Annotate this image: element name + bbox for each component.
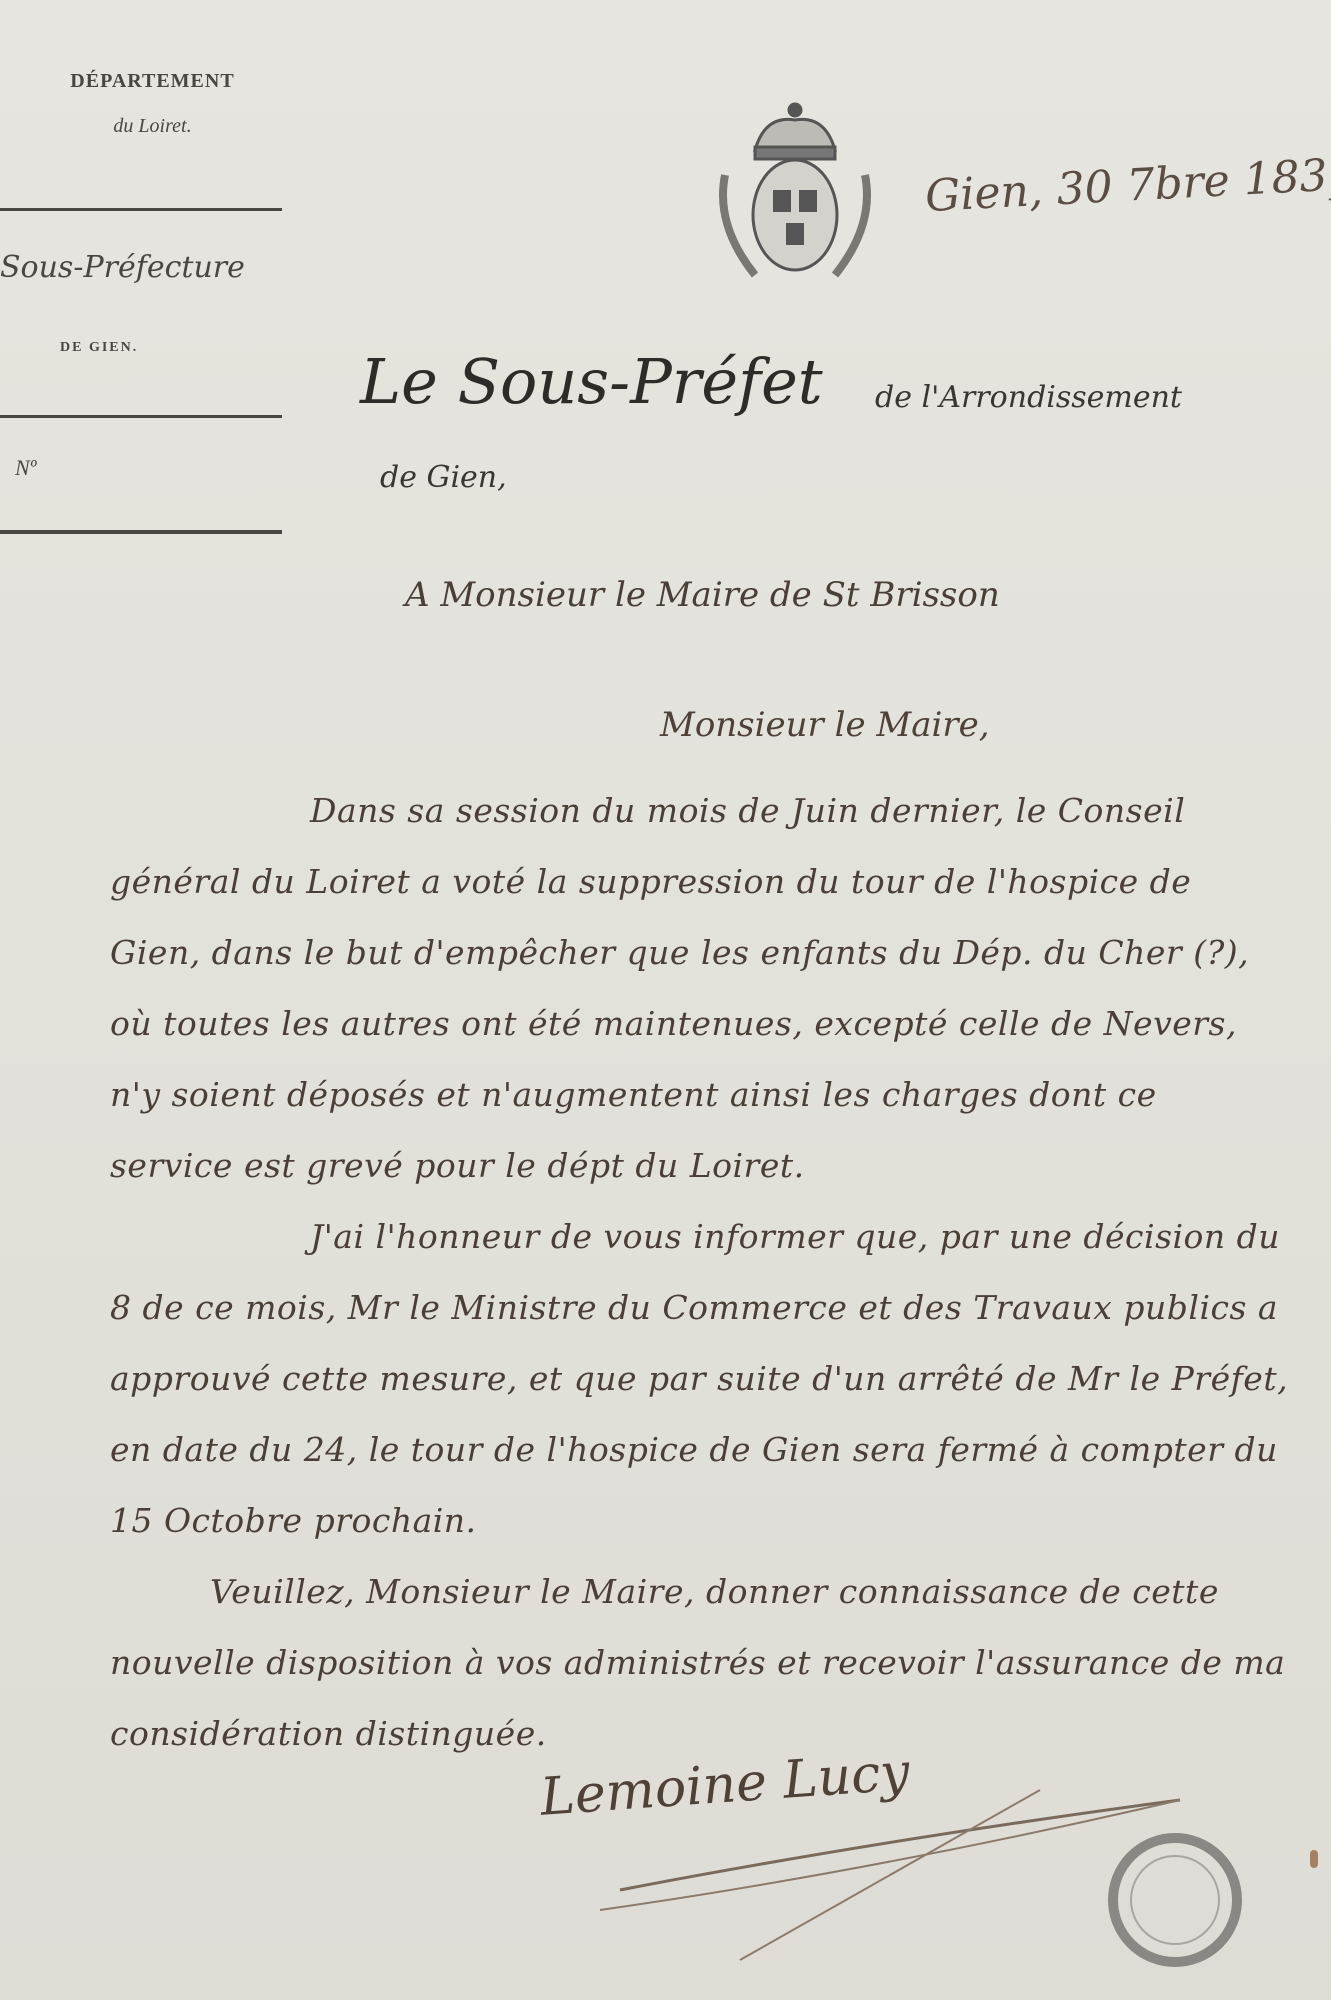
- salutation: Monsieur le Maire,: [660, 705, 990, 745]
- date-line: Gien, 30 7bre 183_: [924, 149, 1331, 222]
- letterhead-block: DÉPARTEMENT du Loiret.: [0, 70, 285, 138]
- department-label: DÉPARTEMENT: [20, 70, 285, 93]
- number-label: Nº: [15, 455, 37, 481]
- paragraph: Dans sa session du mois de Juin dernier,…: [110, 775, 1290, 1201]
- paragraph: Veuillez, Monsieur le Maire, donner conn…: [110, 1556, 1290, 1769]
- divider: [0, 530, 282, 534]
- letter-title: Le Sous-Préfet: [360, 345, 823, 418]
- letter-title-rest: de l'Arrondissement: [875, 380, 1182, 415]
- divider: [0, 208, 282, 211]
- department-name: du Loiret.: [20, 115, 285, 138]
- letter-body: Dans sa session du mois de Juin dernier,…: [110, 775, 1290, 1769]
- paragraph: J'ai l'honneur de vous informer que, par…: [110, 1201, 1290, 1556]
- archive-stamp-icon: [1100, 1825, 1250, 1975]
- letter-title-line2: de Gien,: [380, 460, 507, 495]
- office-location: DE GIEN.: [60, 340, 138, 356]
- office-label: Sous-Préfecture: [0, 250, 245, 285]
- letter-page: DÉPARTEMENT du Loiret. Sous-Préfecture D…: [0, 0, 1331, 2000]
- divider: [0, 415, 282, 418]
- addressee: A Monsieur le Maire de St Brisson: [405, 575, 1000, 615]
- paper-stain: [1310, 1850, 1318, 1868]
- royal-coat-of-arms-icon: [695, 95, 895, 295]
